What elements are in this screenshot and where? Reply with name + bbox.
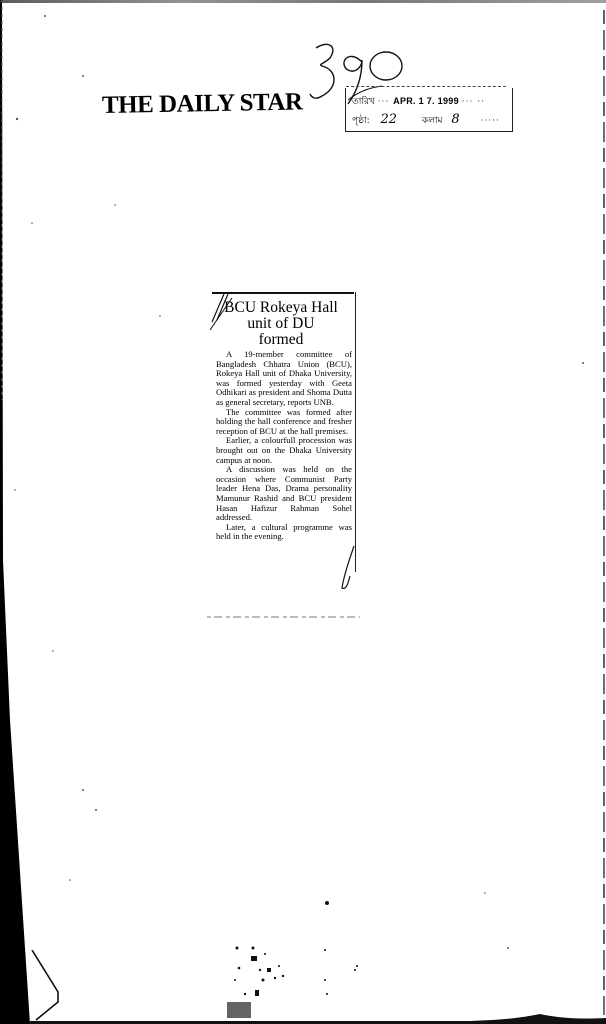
archive-stamp: তারিখ ··· APR. 1 7. 1999 ··· ·· পৃষ্ঠা: … xyxy=(345,88,513,132)
newspaper-masthead: THE DAILY STAR xyxy=(102,89,303,120)
headline-line: formed xyxy=(210,332,352,348)
stamp-page-row: পৃষ্ঠা: 22 কলাম 8 ····· xyxy=(352,112,500,128)
article-paragraph: The committee was formed after holding t… xyxy=(216,408,352,437)
article-paragraph: Later, a cultural programme was held in … xyxy=(216,523,352,542)
headline-line: unit of DU xyxy=(210,316,352,332)
news-clipping: BCU Rokeya Hall unit of DU formed A 19-m… xyxy=(210,292,355,592)
stamp-date-row: তারিখ ··· APR. 1 7. 1999 ··· ·· xyxy=(352,94,485,109)
article-body: A 19-member committee of Bangladesh Chha… xyxy=(216,350,352,542)
headline-line: BCU Rokeya Hall xyxy=(210,300,352,316)
scan-smudge xyxy=(470,1012,606,1022)
stamp-column-value: 8 xyxy=(451,112,459,127)
scan-noise xyxy=(225,940,385,1024)
stamp-date-label: তারিখ xyxy=(352,97,375,107)
article-paragraph: A 19-member committee of Bangladesh Chha… xyxy=(216,350,352,408)
stamp-page-value: 22 xyxy=(381,112,398,127)
torn-remnant-line xyxy=(205,612,365,622)
stamp-column-label: কলাম xyxy=(422,116,443,126)
article-paragraph: Earlier, a colourfull procession was bro… xyxy=(216,436,352,465)
scan-speck xyxy=(325,901,329,905)
article-headline: BCU Rokeya Hall unit of DU formed xyxy=(210,300,352,348)
stamp-page-label: পৃষ্ঠা: xyxy=(352,116,370,126)
stamp-date-value: APR. 1 7. 1999 xyxy=(393,96,459,106)
scan-edge-left xyxy=(0,0,40,1024)
article-paragraph: A discussion was held on the occasion wh… xyxy=(216,465,352,523)
scanned-page: THE DAILY STAR তারিখ ··· APR. 1 7. 1999 … xyxy=(0,0,606,1024)
clipping-right-rule xyxy=(355,292,357,572)
pen-mark xyxy=(336,544,358,594)
scan-edge-top xyxy=(0,0,606,3)
folded-corner xyxy=(28,950,68,1024)
scan-edge-right xyxy=(603,10,605,1015)
